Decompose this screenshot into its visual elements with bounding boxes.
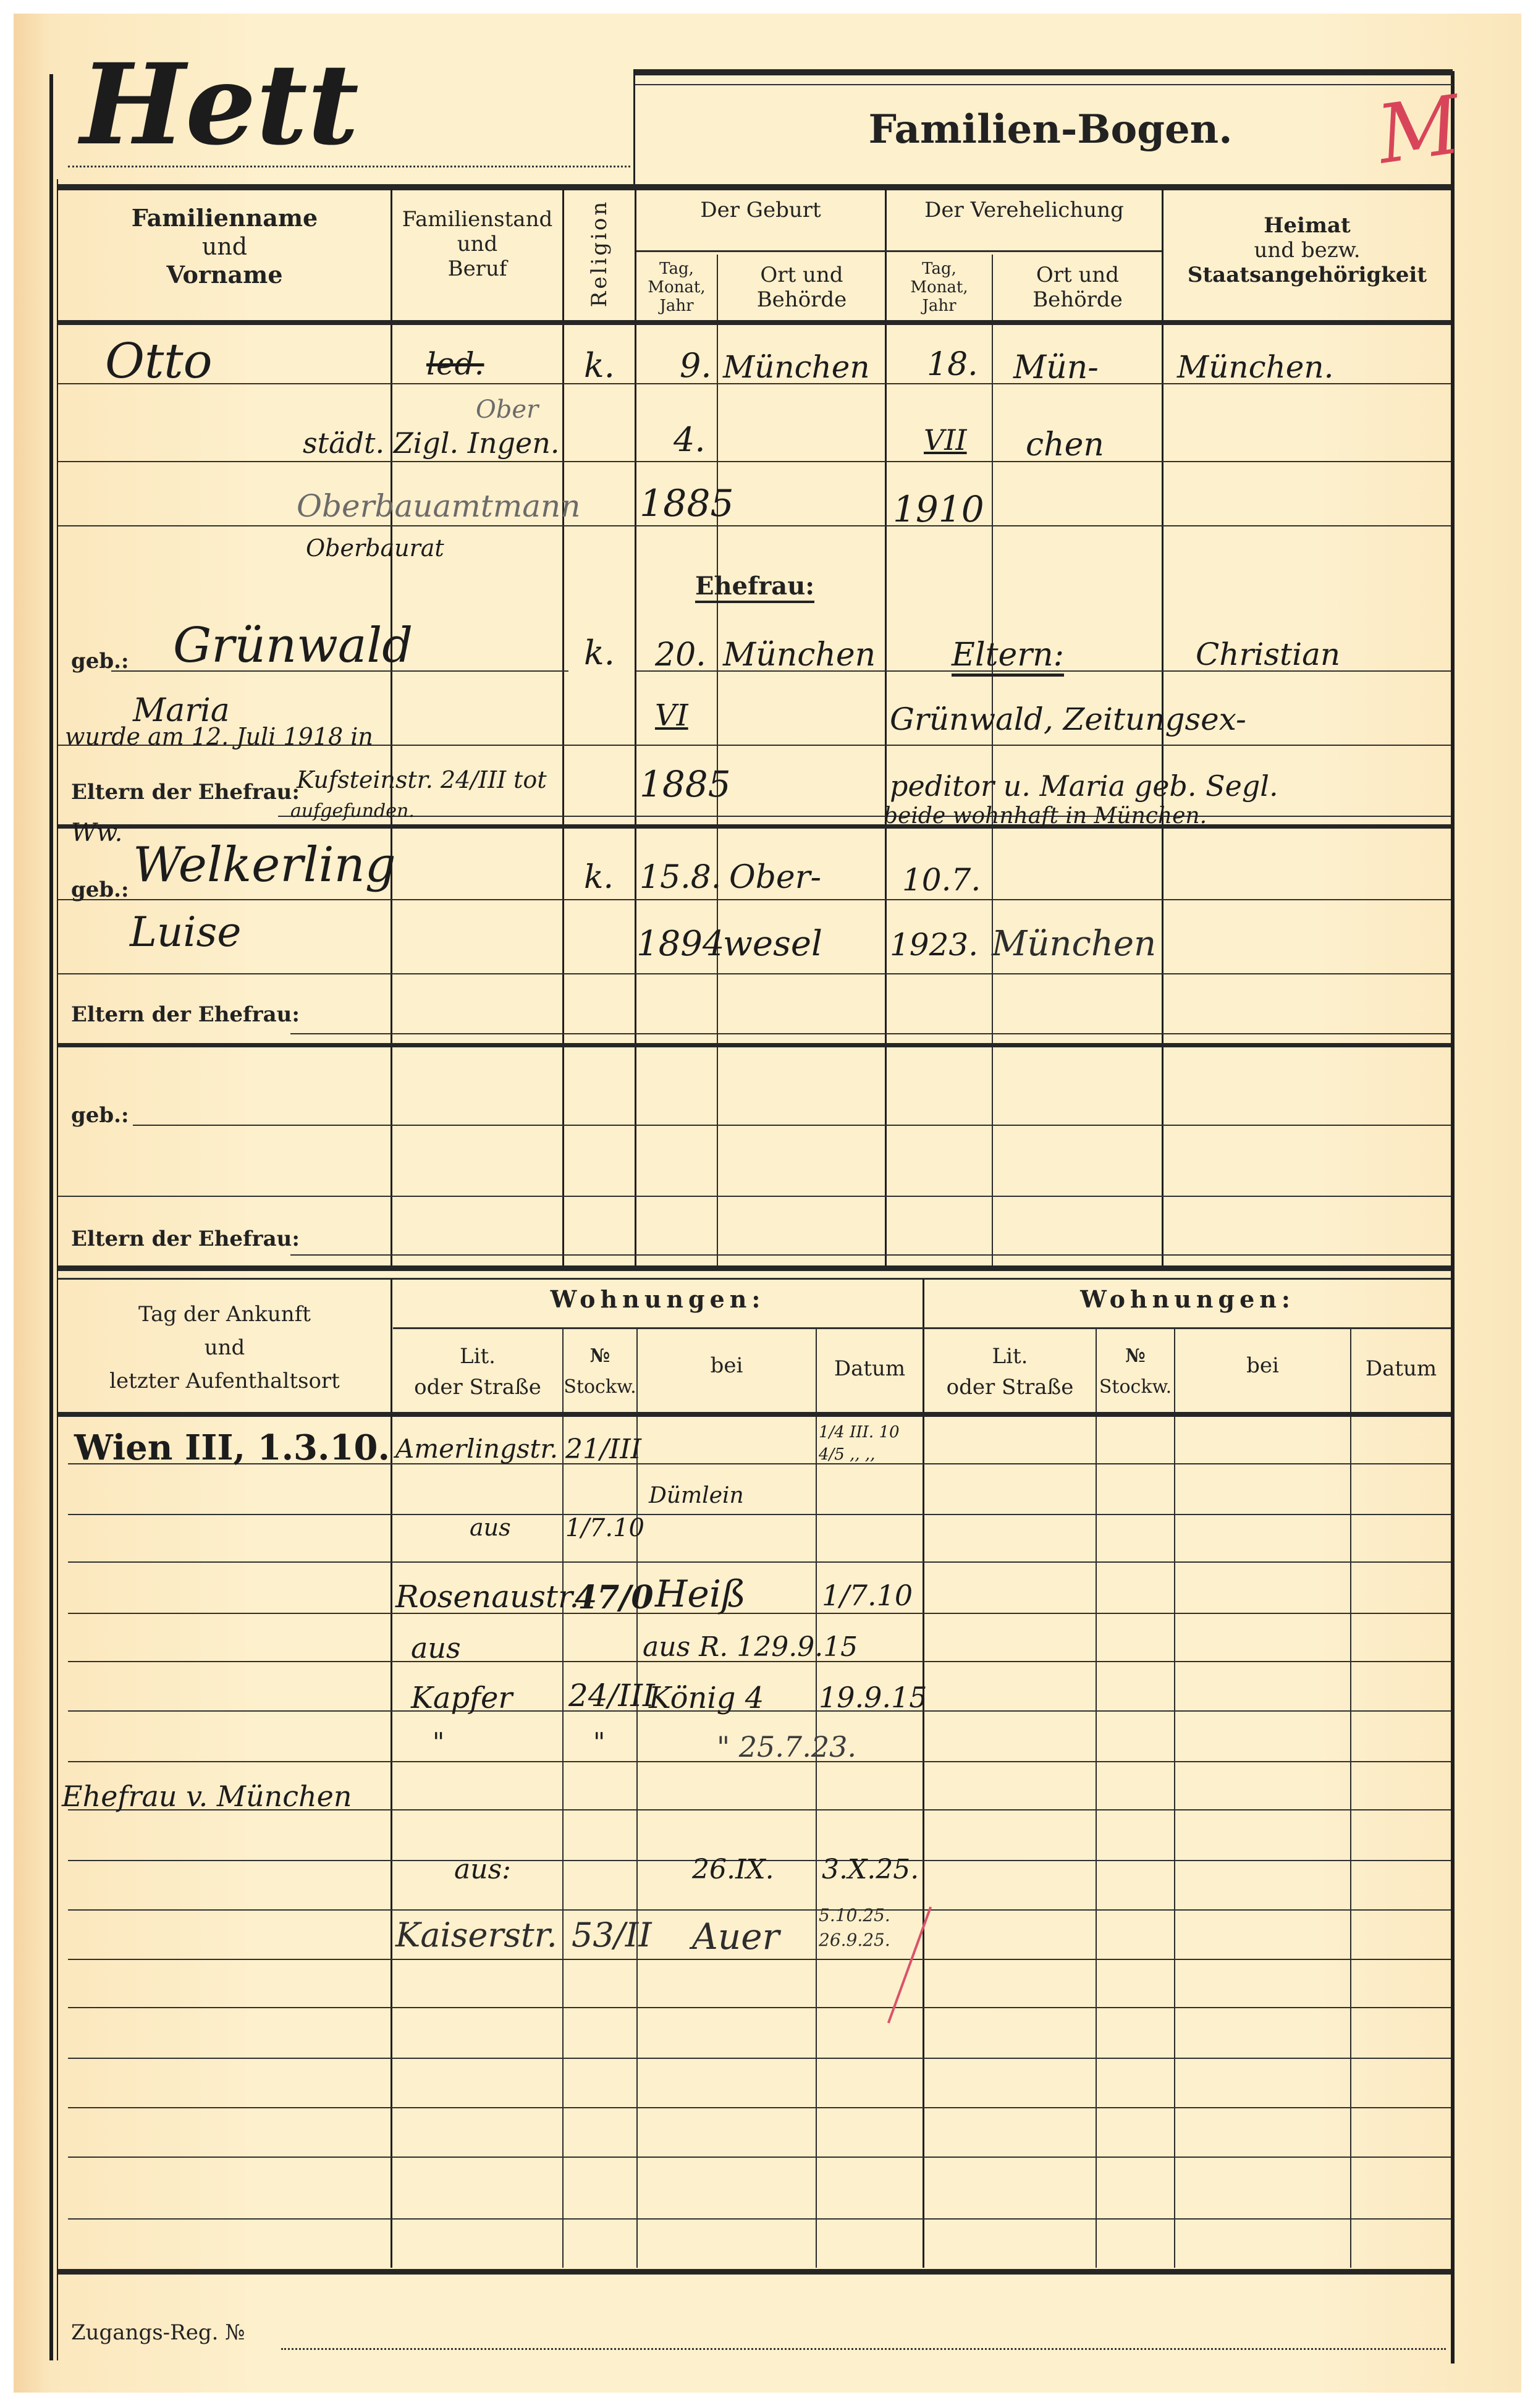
wife1-eltern-1: Christian [1196, 636, 1340, 672]
res-row-1-bei[interactable]: Dümlein [649, 1483, 744, 1508]
husband-beruf-pencil: Oberbauamtmann [297, 488, 580, 524]
wife1-geburt-tag[interactable]: 20. [655, 636, 706, 674]
wife1-eltern-2: Grünwald, Zeitungsex- [890, 701, 1246, 737]
res-row-8-nr[interactable]: 53/II [572, 1916, 652, 1954]
col-arrival: Tag der Ankunftundletzter Aufenthaltsort [59, 1298, 391, 1398]
res-row-8-strasse[interactable]: Kaiserstr. [395, 1916, 557, 1954]
wife1-eltern-label: Eltern der Ehefrau: [71, 780, 300, 805]
col-nr-stockw-2: №Stockw. [1097, 1341, 1174, 1403]
husband-beruf-extra: Oberbaurat [306, 534, 444, 562]
col-datum-1: Datum [817, 1356, 923, 1381]
husband-religion[interactable]: k. [584, 346, 615, 385]
wife2-prefix: Ww. [71, 819, 122, 847]
res-row-4-bei[interactable]: aus R. 129.9.15 [643, 1631, 858, 1663]
husband-familienstand-struck[interactable]: led. [426, 346, 484, 382]
wife2-geburt-ort-1[interactable]: Ober- [729, 859, 821, 896]
res-row-2-strasse[interactable]: aus [470, 1514, 511, 1541]
ehefrau-label: Ehefrau: [695, 572, 814, 603]
res-row-5-nr[interactable]: 24/III [568, 1678, 655, 1713]
wife2-geburt-ort-2[interactable]: wesel [723, 924, 822, 964]
res-row-5-strasse[interactable]: Kapfer [411, 1681, 512, 1715]
wife1-note-1: wurde am 12. Juli 1918 in [65, 723, 373, 750]
col-lit-strasse-1: Lit.oder Straße [393, 1341, 562, 1403]
col-geburt-ort: Ort undBehörde [719, 263, 885, 312]
col-verehelichung-group: Der Verehelichung [887, 198, 1162, 222]
res-row-6-strasse[interactable]: " [433, 1727, 444, 1757]
col-religion: Religion [587, 198, 612, 309]
res-row-7-bei[interactable]: 26.IX. [692, 1854, 774, 1885]
res-row-1-strasse[interactable]: Amerlingstr. [395, 1434, 558, 1464]
res-row-7-datum[interactable]: 3.X.25. [822, 1854, 919, 1885]
zugangs-reg-field[interactable] [281, 2348, 1446, 2350]
col-datum-2: Datum [1351, 1356, 1451, 1381]
spouse3-eltern-label: Eltern der Ehefrau: [71, 1227, 300, 1251]
wife2-geburt-datum-1[interactable]: 15.8. [640, 859, 721, 896]
arrival-1[interactable]: Wien III, 1.3.10. [74, 1427, 390, 1468]
wife1-eltern-4: beide wohnhaft in München. [884, 803, 1207, 829]
res-row-1-datum[interactable]: 1/4 III. 10 4/5 ,, ,, [819, 1421, 924, 1466]
wife1-geburt-ort[interactable]: München [723, 636, 876, 674]
husband-ehe-tag[interactable]: 18. [927, 346, 978, 383]
wife2-ehe-datum-1[interactable]: 10.7. [902, 862, 981, 898]
res-row-5-bei[interactable]: König 4 [649, 1681, 764, 1715]
col-familienstand: FamilienstandundBeruf [392, 207, 562, 281]
wife1-geburt-monat[interactable]: VI [655, 698, 688, 733]
col-heimat: Heimatund bezw.Staatsangehörigkeit [1163, 213, 1451, 287]
wife1-geb-label: geb.: [71, 649, 129, 674]
husband-beruf-pencil-top: Ober [476, 395, 538, 424]
surname-heading: Hett [80, 43, 359, 167]
res-row-2-nr[interactable]: 1/7.10 [565, 1514, 644, 1542]
wife2-ehe-datum-2[interactable]: 1923. [890, 927, 978, 963]
res-row-3-nr[interactable]: 47/0 [575, 1579, 654, 1616]
spouse3-geb-label: geb.: [71, 1103, 129, 1128]
arrival-2[interactable]: Ehefrau v. München [62, 1780, 352, 1813]
wife2-geburt-datum-2[interactable]: 1894 [636, 924, 725, 964]
res-row-6-nr[interactable]: " [593, 1727, 605, 1757]
surname-dotted-line [68, 166, 630, 167]
form-title: Familien-Bogen. [803, 105, 1298, 154]
husband-geburt-jahr[interactable]: 1885 [640, 482, 734, 525]
col-bei-2: bei [1175, 1353, 1350, 1378]
col-wohnungen-2: Wohnungen: [924, 1285, 1451, 1313]
residence-header-bottom-rule [58, 1412, 1451, 1417]
husband-ehe-ort-1[interactable]: Mün- [1013, 349, 1099, 386]
col-lit-strasse-2: Lit.oder Straße [924, 1341, 1096, 1403]
col-geburt-tag: Tag,Monat,Jahr [636, 260, 717, 315]
husband-vorname[interactable]: Otto [105, 334, 213, 389]
col-nr-stockw-1: №Stockw. [564, 1341, 636, 1403]
wife1-geb-name[interactable]: Grünwald [173, 618, 413, 674]
husband-beruf[interactable]: städt. Zigl. Ingen. [303, 426, 559, 460]
res-row-3-strasse[interactable]: Rosenaustr. [395, 1579, 579, 1615]
wife2-geb-name[interactable]: Welkerling [133, 837, 396, 893]
residence-bottom-rule [58, 2269, 1451, 2275]
left-border [49, 74, 53, 2360]
res-row-8-datum[interactable]: 5.10.25. 26.9.25. [819, 1903, 924, 1953]
wife2-eltern-label: Eltern der Ehefrau: [71, 1002, 300, 1027]
husband-geburt-tag[interactable]: 9. [680, 346, 712, 385]
col-geburt-group: Der Geburt [636, 198, 885, 222]
res-row-5-datum[interactable]: 19.9.15 [819, 1681, 927, 1714]
res-row-7-strasse[interactable]: aus: [454, 1854, 511, 1885]
header-bottom-rule [58, 320, 1451, 325]
wife2-geb-label: geb.: [71, 877, 129, 902]
header-top-rule [58, 184, 1451, 190]
res-row-8-bei[interactable]: Auer [692, 1916, 779, 1958]
husband-geburt-ort[interactable]: München [723, 349, 870, 385]
wife1-eltern-label-hand: Eltern: [952, 636, 1064, 677]
wife1-geburt-jahr[interactable]: 1885 [640, 763, 731, 805]
red-annotation: M [1372, 81, 1466, 178]
res-row-4-strasse[interactable]: aus [411, 1631, 461, 1665]
zugangs-reg-label: Zugangs-Reg. № [71, 2320, 245, 2345]
wife2-religion[interactable]: k. [584, 859, 614, 896]
husband-ehe-ort-2[interactable]: chen [1026, 426, 1104, 463]
wife1-religion[interactable]: k. [584, 633, 615, 672]
right-border [1451, 71, 1455, 2364]
col-ehe-tag: Tag,Monat,Jahr [887, 260, 992, 315]
husband-ehe-monat[interactable]: VII [924, 423, 967, 457]
col-ehe-ort: Ort undBehörde [994, 263, 1162, 312]
wife1-eltern-3: peditor u. Maria geb. Segl. [890, 769, 1278, 803]
husband-geburt-monat[interactable]: 4. [674, 420, 706, 459]
col-bei-1: bei [638, 1353, 816, 1378]
husband-heimat[interactable]: München. [1177, 349, 1334, 385]
wife2-vorname[interactable]: Luise [130, 908, 241, 956]
res-row-3-datum[interactable]: 1/7.10 [822, 1579, 913, 1612]
col-familienname: FamiliennameundVorname [59, 204, 391, 289]
res-row-1-nr[interactable]: 21/III [565, 1434, 641, 1465]
wife1-note-2: Kufsteinstr. 24/III tot [297, 766, 547, 793]
res-row-3-bei[interactable]: Heiß [655, 1573, 746, 1616]
col-wohnungen-1: Wohnungen: [393, 1285, 923, 1313]
res-row-6-bei[interactable]: " 25.7.23. [717, 1730, 856, 1764]
wife1-note-3: aufgefunden. [290, 800, 415, 822]
wife2-ehe-ort[interactable]: München [992, 924, 1156, 964]
husband-ehe-jahr[interactable]: 1910 [893, 488, 984, 530]
